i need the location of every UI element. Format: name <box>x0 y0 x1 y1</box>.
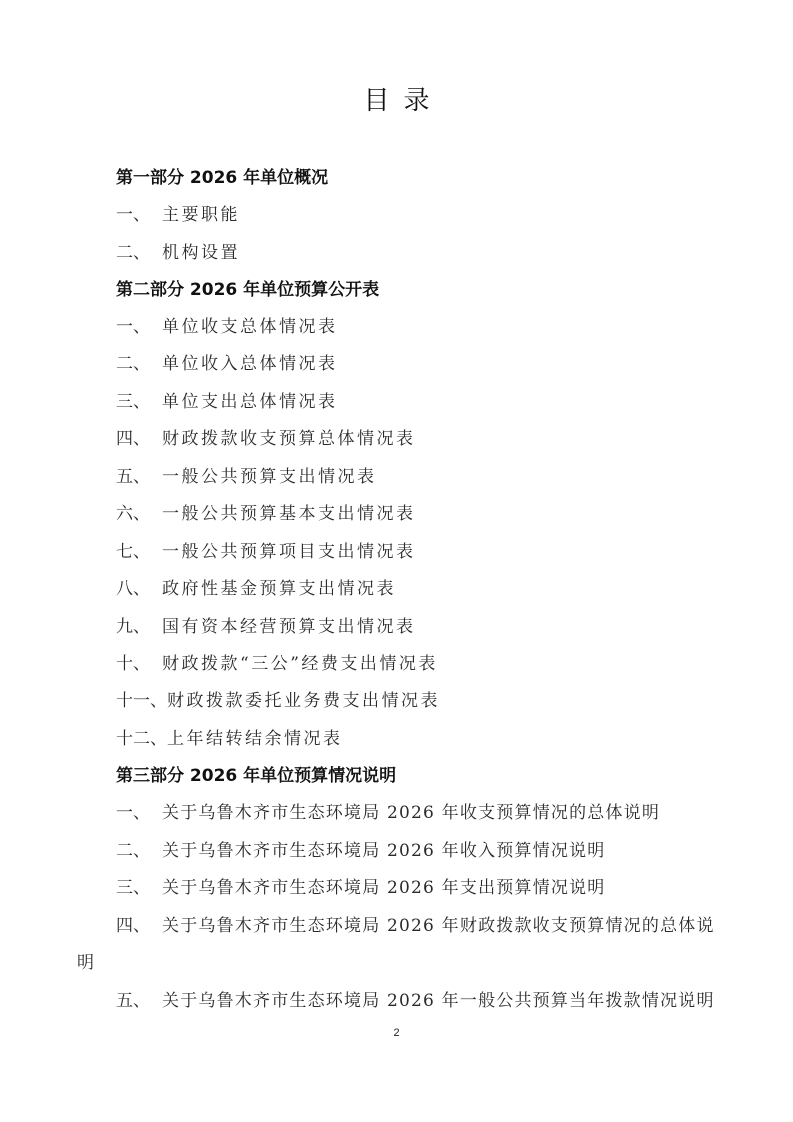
toc-entry-number: 一、 <box>116 204 162 226</box>
toc-entry-number: 九、 <box>116 616 162 638</box>
toc-entry-number: 三、 <box>116 877 162 899</box>
toc-entry[interactable]: 五、一般公共预算支出情况表 <box>116 466 377 488</box>
toc-entry-text: 一般公共预算支出情况表 <box>162 467 377 487</box>
toc-entry-number: 一、 <box>116 802 162 824</box>
toc-entry[interactable]: 一、单位收支总体情况表 <box>116 316 338 338</box>
toc-entry[interactable]: 四、关于乌鲁木齐市生态环境局 2026 年财政拨款收支预算情况的总体说 <box>116 915 715 937</box>
toc-entry[interactable]: 六、一般公共预算基本支出情况表 <box>116 503 416 525</box>
toc-entry-text: 单位收入总体情况表 <box>162 354 338 374</box>
toc-entry-text: 机构设置 <box>162 243 240 263</box>
toc-entry[interactable]: 五、关于乌鲁木齐市生态环境局 2026 年一般公共预算当年拨款情况说明 <box>116 990 715 1012</box>
toc-entry-text: 单位支出总体情况表 <box>162 392 338 412</box>
toc-entry-number: 四、 <box>116 915 162 937</box>
toc-entry-number: 十二、 <box>116 728 167 750</box>
toc-entry-number: 一、 <box>116 316 162 338</box>
toc-entry-number: 五、 <box>116 990 162 1012</box>
toc-entry-text: 关于乌鲁木齐市生态环境局 2026 年财政拨款收支预算情况的总体说 <box>162 916 715 936</box>
toc-entry[interactable]: 三、关于乌鲁木齐市生态环境局 2026 年支出预算情况说明 <box>116 877 605 899</box>
toc-entry[interactable]: 三、单位支出总体情况表 <box>116 391 338 413</box>
toc-entry-text: 财政拨款收支预算总体情况表 <box>162 429 416 449</box>
toc-entry-text: 一般公共预算项目支出情况表 <box>162 542 416 562</box>
toc-entry-number: 五、 <box>116 466 162 488</box>
toc-entry-text: 一般公共预算基本支出情况表 <box>162 504 416 524</box>
toc-entry[interactable]: 十、财政拨款“三公”经费支出情况表 <box>116 653 438 675</box>
toc-entry-text: 关于乌鲁木齐市生态环境局 2026 年收入预算情况说明 <box>162 841 605 861</box>
toc-entry-text: 关于乌鲁木齐市生态环境局 2026 年收支预算情况的总体说明 <box>162 803 660 823</box>
toc-entry-text: 财政拨款“三公”经费支出情况表 <box>162 654 438 674</box>
toc-entry[interactable]: 四、财政拨款收支预算总体情况表 <box>116 428 416 450</box>
toc-entry-text: 关于乌鲁木齐市生态环境局 2026 年支出预算情况说明 <box>162 878 605 898</box>
toc-entry[interactable]: 七、一般公共预算项目支出情况表 <box>116 541 416 563</box>
document-page: 目录 第一部分 2026 年单位概况 一、主要职能 二、机构设置 第二部分 20… <box>0 0 793 1122</box>
toc-entry[interactable]: 九、国有资本经营预算支出情况表 <box>116 616 416 638</box>
document-title: 目录 <box>0 80 793 117</box>
toc-entry[interactable]: 十一、财政拨款委托业务费支出情况表 <box>116 690 440 712</box>
toc-entry-text: 关于乌鲁木齐市生态环境局 2026 年一般公共预算当年拨款情况说明 <box>162 991 715 1011</box>
toc-entry-text: 主要职能 <box>162 205 240 225</box>
toc-entry-text: 财政拨款委托业务费支出情况表 <box>167 691 440 711</box>
page-number: 2 <box>0 1027 793 1039</box>
toc-entry-number: 二、 <box>116 353 162 375</box>
toc-entry-number: 十、 <box>116 653 162 675</box>
toc-entry-number: 二、 <box>116 242 162 264</box>
toc-entry[interactable]: 二、机构设置 <box>116 242 240 264</box>
toc-entry[interactable]: 十二、上年结转结余情况表 <box>116 728 343 750</box>
toc-entry-text: 国有资本经营预算支出情况表 <box>162 617 416 637</box>
toc-entry-text: 政府性基金预算支出情况表 <box>162 579 396 599</box>
toc-entry[interactable]: 一、关于乌鲁木齐市生态环境局 2026 年收支预算情况的总体说明 <box>116 802 660 824</box>
toc-entry[interactable]: 二、关于乌鲁木齐市生态环境局 2026 年收入预算情况说明 <box>116 840 605 862</box>
toc-entry[interactable]: 二、单位收入总体情况表 <box>116 353 338 375</box>
toc-entry-number: 八、 <box>116 578 162 600</box>
toc-part2-heading[interactable]: 第二部分 2026 年单位预算公开表 <box>116 279 379 301</box>
toc-entry-number: 二、 <box>116 840 162 862</box>
toc-entry[interactable]: 八、政府性基金预算支出情况表 <box>116 578 396 600</box>
toc-entry-number: 四、 <box>116 428 162 450</box>
toc-entry-wrapped-text[interactable]: 明 <box>77 952 94 974</box>
toc-entry-number: 六、 <box>116 503 162 525</box>
toc-entry-text: 单位收支总体情况表 <box>162 317 338 337</box>
toc-entry[interactable]: 一、主要职能 <box>116 204 240 226</box>
toc-entry-text: 上年结转结余情况表 <box>167 729 343 749</box>
toc-entry-number: 三、 <box>116 391 162 413</box>
toc-part1-heading[interactable]: 第一部分 2026 年单位概况 <box>116 167 328 189</box>
toc-part3-heading[interactable]: 第三部分 2026 年单位预算情况说明 <box>116 765 396 787</box>
toc-entry-number: 十一、 <box>116 690 167 712</box>
toc-entry-number: 七、 <box>116 541 162 563</box>
